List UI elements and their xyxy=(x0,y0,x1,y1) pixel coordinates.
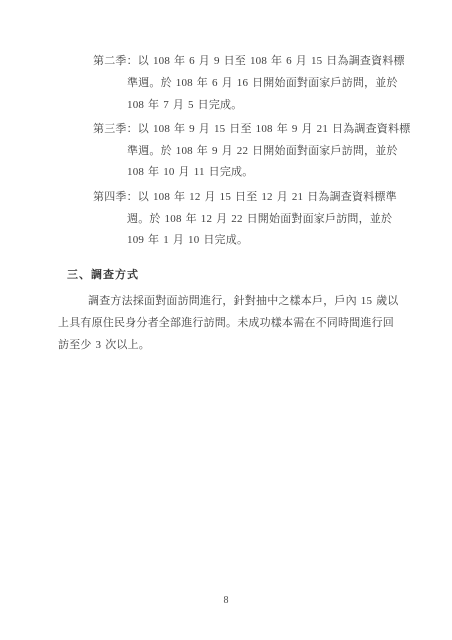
page-number: 8 xyxy=(0,595,452,607)
paragraph-line: 第三季：以 108 年 9 月 15 日至 108 年 9 月 21 日為調查資… xyxy=(127,119,452,141)
paragraph-line: 上具有原住民身分者全部進行訪問。未成功樣本需在不同時間進行回 xyxy=(58,313,452,335)
paragraph-line: 週。於 108 年 12 月 22 日開始面對面家戶訪問，並於 xyxy=(127,209,452,231)
paragraph-line: 108 年 7 月 5 日完成。 xyxy=(127,95,452,117)
paragraph-line: 109 年 1 月 10 日完成。 xyxy=(127,230,452,252)
section-heading-survey-method: 三、調查方式 xyxy=(67,265,452,287)
quarter-3-paragraph: 第三季：以 108 年 9 月 15 日至 108 年 9 月 21 日為調查資… xyxy=(127,119,452,184)
document-body: 第二季：以 108 年 6 月 9 日至 108 年 6 月 15 日為調查資料… xyxy=(0,0,452,356)
paragraph-line: 準週。於 108 年 6 月 16 日開始面對面家戶訪問，並於 xyxy=(127,73,452,95)
paragraph-line: 第四季：以 108 年 12 月 15 日至 12 月 21 日為調查資料標準 xyxy=(127,187,452,209)
survey-method-paragraph: 調查方法採面對面訪問進行，針對抽中之樣本戶，戶內 15 歲以 上具有原住民身分者… xyxy=(58,291,452,356)
quarter-2-paragraph: 第二季：以 108 年 6 月 9 日至 108 年 6 月 15 日為調查資料… xyxy=(127,51,452,116)
paragraph-line: 第二季：以 108 年 6 月 9 日至 108 年 6 月 15 日為調查資料… xyxy=(127,51,452,73)
paragraph-line: 調查方法採面對面訪問進行，針對抽中之樣本戶，戶內 15 歲以 xyxy=(58,291,452,313)
quarter-4-paragraph: 第四季：以 108 年 12 月 15 日至 12 月 21 日為調查資料標準 … xyxy=(127,187,452,252)
paragraph-line: 訪至少 3 次以上。 xyxy=(58,335,452,357)
document-page: 第二季：以 108 年 6 月 9 日至 108 年 6 月 15 日為調查資料… xyxy=(0,0,452,640)
paragraph-line: 準週。於 108 年 9 月 22 日開始面對面家戶訪問，並於 xyxy=(127,141,452,163)
paragraph-line: 108 年 10 月 11 日完成。 xyxy=(127,162,452,184)
